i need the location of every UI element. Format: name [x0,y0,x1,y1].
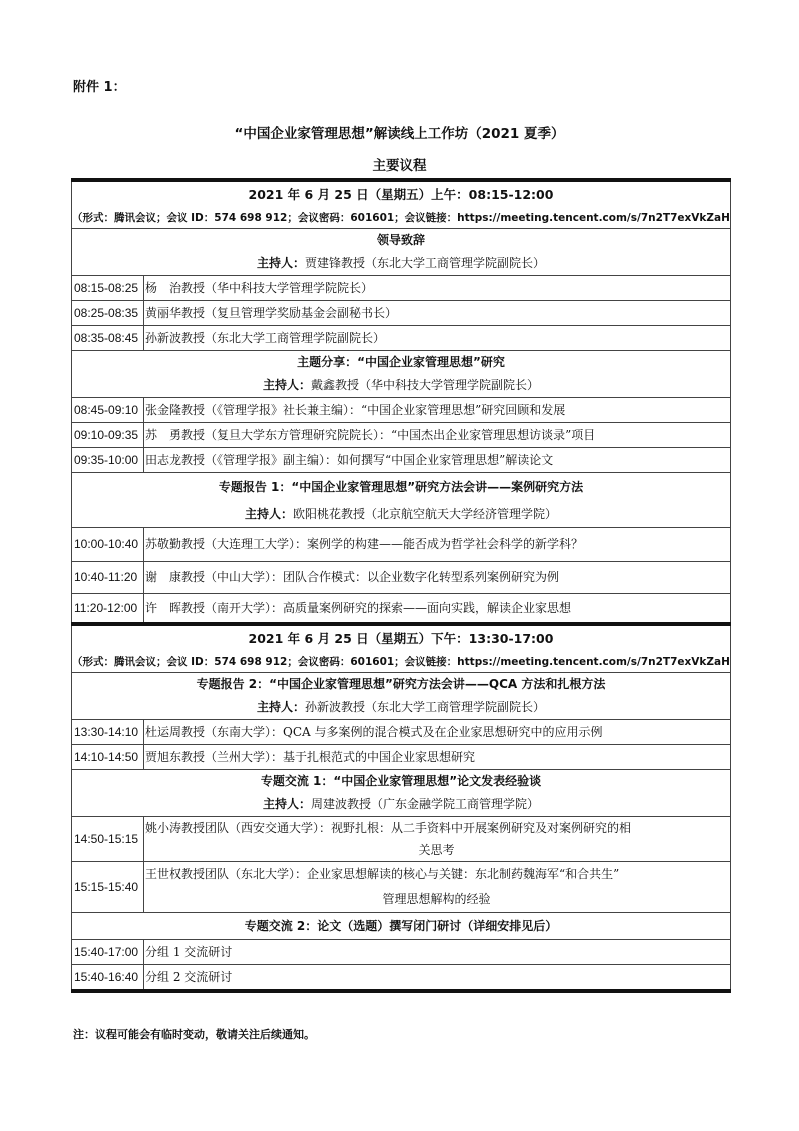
agenda-time: 08:15-08:25 [72,276,144,301]
afternoon-format-line: （形式：腾讯会议；会议 ID：574 698 912；会议密码：601601；会… [72,652,730,672]
section-heading: 主题分享：“中国企业家管理思想”研究 [72,351,730,374]
agenda-time: 11:20-12:00 [72,594,144,625]
section-heading: 专题报告 1：“中国企业家管理思想”研究方法会讲——案例研究方法 [72,473,730,501]
agenda-row: 08:45-09:10 张金隆教授（《管理学报》社长兼主编）：“中国企业家管理思… [72,398,731,423]
section-header: 专题报告 1：“中国企业家管理思想”研究方法会讲——案例研究方法 主持人：欧阳桃… [72,473,731,528]
agenda-row: 08:35-08:45 孙新波教授（东北大学工商管理学院副院长） [72,326,731,351]
agenda-time: 08:45-09:10 [72,398,144,423]
agenda-desc: 黄丽华教授（复旦管理学奖励基金会副秘书长） [144,301,731,326]
section-header: 专题报告 2：“中国企业家管理思想”研究方法会讲——QCA 方法和扎根方法 主持… [72,673,731,720]
morning-session-header: 2021 年 6 月 25 日（星期五）上午：08:15-12:00 （形式：腾… [72,180,731,229]
agenda-row: 15:15-15:40 王世权教授团队（东北大学）：企业家思想解读的核心与关键：… [72,862,731,913]
agenda-desc: 许 晖教授（南开大学）：高质量案例研究的探索——面向实践，解读企业家思想 [144,594,731,625]
host-name: 周建波教授（广东金融学院工商管理学院） [311,797,539,811]
host-label: 主持人： [263,797,311,811]
agenda-time: 10:00-10:40 [72,528,144,562]
agenda-desc-line: 王世权教授团队（东北大学）：企业家思想解读的核心与关键：东北制药魏海军“和合共生… [145,867,619,881]
host-label: 主持人： [263,378,311,392]
section-header: 领导致辞 主持人：贾建锋教授（东北大学工商管理学院副院长） [72,229,731,276]
attachment-label: 附件 1： [73,76,126,95]
agenda-desc-line: 姚小涛教授团队（西安交通大学）：视野扎根：从二手资料中开展案例研究及对案例研究的… [145,821,631,835]
section-host: 主持人：周建波教授（广东金融学院工商管理学院） [72,793,730,816]
host-name: 孙新波教授（东北大学工商管理学院副院长） [305,700,545,714]
agenda-time: 15:40-16:40 [72,965,144,992]
agenda-time: 14:10-14:50 [72,745,144,770]
document-subtitle: 主要议程 [0,154,799,174]
agenda-time: 15:40-17:00 [72,940,144,965]
agenda-row: 09:10-09:35 苏 勇教授（复旦大学东方管理研究院院长）：“中国杰出企业… [72,423,731,448]
host-label: 主持人： [245,507,293,521]
section-heading: 专题交流 2：论文（选题）撰写闭门研讨（详细安排见后） [72,913,730,939]
host-name: 戴鑫教授（华中科技大学管理学院副院长） [311,378,539,392]
section-heading: 领导致辞 [72,229,730,252]
agenda-row: 08:15-08:25 杨 治教授（华中科技大学管理学院院长） [72,276,731,301]
afternoon-session-header: 2021 年 6 月 25 日（星期五）下午：13:30-17:00 （形式：腾… [72,624,731,673]
agenda-desc: 分组 1 交流研讨 [144,940,731,965]
agenda-desc: 苏 勇教授（复旦大学东方管理研究院院长）：“中国杰出企业家管理思想访谈录”项目 [144,423,731,448]
agenda-time: 13:30-14:10 [72,720,144,745]
agenda-desc: 苏敬勤教授（大连理工大学）：案例学的构建——能否成为哲学社会科学的新学科？ [144,528,731,562]
section-host: 主持人：贾建锋教授（东北大学工商管理学院副院长） [72,252,730,275]
host-label: 主持人： [257,256,305,270]
agenda-time: 14:50-15:15 [72,817,144,862]
agenda-desc: 贾旭东教授（兰州大学）：基于扎根范式的中国企业家思想研究 [144,745,731,770]
agenda-desc-line: 关思考 [145,839,728,861]
agenda-table: 2021 年 6 月 25 日（星期五）上午：08:15-12:00 （形式：腾… [71,178,731,993]
agenda-row: 09:35-10:00 田志龙教授（《管理学报》副主编）：如何撰写“中国企业家管… [72,448,731,473]
agenda-time: 08:25-08:35 [72,301,144,326]
agenda-row: 08:25-08:35 黄丽华教授（复旦管理学奖励基金会副秘书长） [72,301,731,326]
agenda-row: 10:00-10:40 苏敬勤教授（大连理工大学）：案例学的构建——能否成为哲学… [72,528,731,562]
section-host: 主持人：孙新波教授（东北大学工商管理学院副院长） [72,696,730,719]
agenda-desc: 孙新波教授（东北大学工商管理学院副院长） [144,326,731,351]
section-host: 主持人：欧阳桃花教授（北京航空航天大学经济管理学院） [72,501,730,527]
agenda-desc: 王世权教授团队（东北大学）：企业家思想解读的核心与关键：东北制药魏海军“和合共生… [144,862,731,913]
section-heading: 专题报告 2：“中国企业家管理思想”研究方法会讲——QCA 方法和扎根方法 [72,673,730,696]
agenda-row: 15:40-16:40 分组 2 交流研讨 [72,965,731,992]
section-header: 主题分享：“中国企业家管理思想”研究 主持人：戴鑫教授（华中科技大学管理学院副院… [72,351,731,398]
agenda-desc: 田志龙教授（《管理学报》副主编）：如何撰写“中国企业家管理思想”解读论文 [144,448,731,473]
agenda-time: 10:40-11:20 [72,562,144,594]
document-title: “中国企业家管理思想”解读线上工作坊（2021 夏季） [0,122,799,142]
agenda-time: 09:35-10:00 [72,448,144,473]
footnote: 注：议程可能会有临时变动，敬请关注后续通知。 [73,1026,315,1042]
agenda-time: 09:10-09:35 [72,423,144,448]
agenda-row: 10:40-11:20 谢 康教授（中山大学）：团队合作模式：以企业数字化转型系… [72,562,731,594]
agenda-row: 14:10-14:50 贾旭东教授（兰州大学）：基于扎根范式的中国企业家思想研究 [72,745,731,770]
agenda-time: 15:15-15:40 [72,862,144,913]
agenda-desc: 分组 2 交流研讨 [144,965,731,992]
morning-format-line: （形式：腾讯会议；会议 ID：574 698 912；会议密码：601601；会… [72,208,730,228]
agenda-desc: 姚小涛教授团队（西安交通大学）：视野扎根：从二手资料中开展案例研究及对案例研究的… [144,817,731,862]
host-name: 欧阳桃花教授（北京航空航天大学经济管理学院） [293,507,557,521]
section-host: 主持人：戴鑫教授（华中科技大学管理学院副院长） [72,374,730,397]
agenda-desc: 张金隆教授（《管理学报》社长兼主编）：“中国企业家管理思想”研究回顾和发展 [144,398,731,423]
agenda-desc: 杨 治教授（华中科技大学管理学院院长） [144,276,731,301]
agenda-time: 08:35-08:45 [72,326,144,351]
agenda-row: 15:40-17:00 分组 1 交流研讨 [72,940,731,965]
agenda-row: 14:50-15:15 姚小涛教授团队（西安交通大学）：视野扎根：从二手资料中开… [72,817,731,862]
section-header: 专题交流 2：论文（选题）撰写闭门研讨（详细安排见后） [72,913,731,940]
agenda-desc: 杜运周教授（东南大学）：QCA 与多案例的混合模式及在企业家思想研究中的应用示例 [144,720,731,745]
agenda-desc: 谢 康教授（中山大学）：团队合作模式：以企业数字化转型系列案例研究为例 [144,562,731,594]
agenda-row: 13:30-14:10 杜运周教授（东南大学）：QCA 与多案例的混合模式及在企… [72,720,731,745]
host-name: 贾建锋教授（东北大学工商管理学院副院长） [305,256,545,270]
agenda-row: 11:20-12:00 许 晖教授（南开大学）：高质量案例研究的探索——面向实践… [72,594,731,625]
section-heading: 专题交流 1：“中国企业家管理思想”论文发表经验谈 [72,770,730,793]
afternoon-date-line: 2021 年 6 月 25 日（星期五）下午：13:30-17:00 [72,626,730,652]
host-label: 主持人： [257,700,305,714]
section-header: 专题交流 1：“中国企业家管理思想”论文发表经验谈 主持人：周建波教授（广东金融… [72,770,731,817]
agenda-desc-line: 管理思想解构的经验 [145,887,728,912]
morning-date-line: 2021 年 6 月 25 日（星期五）上午：08:15-12:00 [72,182,730,208]
